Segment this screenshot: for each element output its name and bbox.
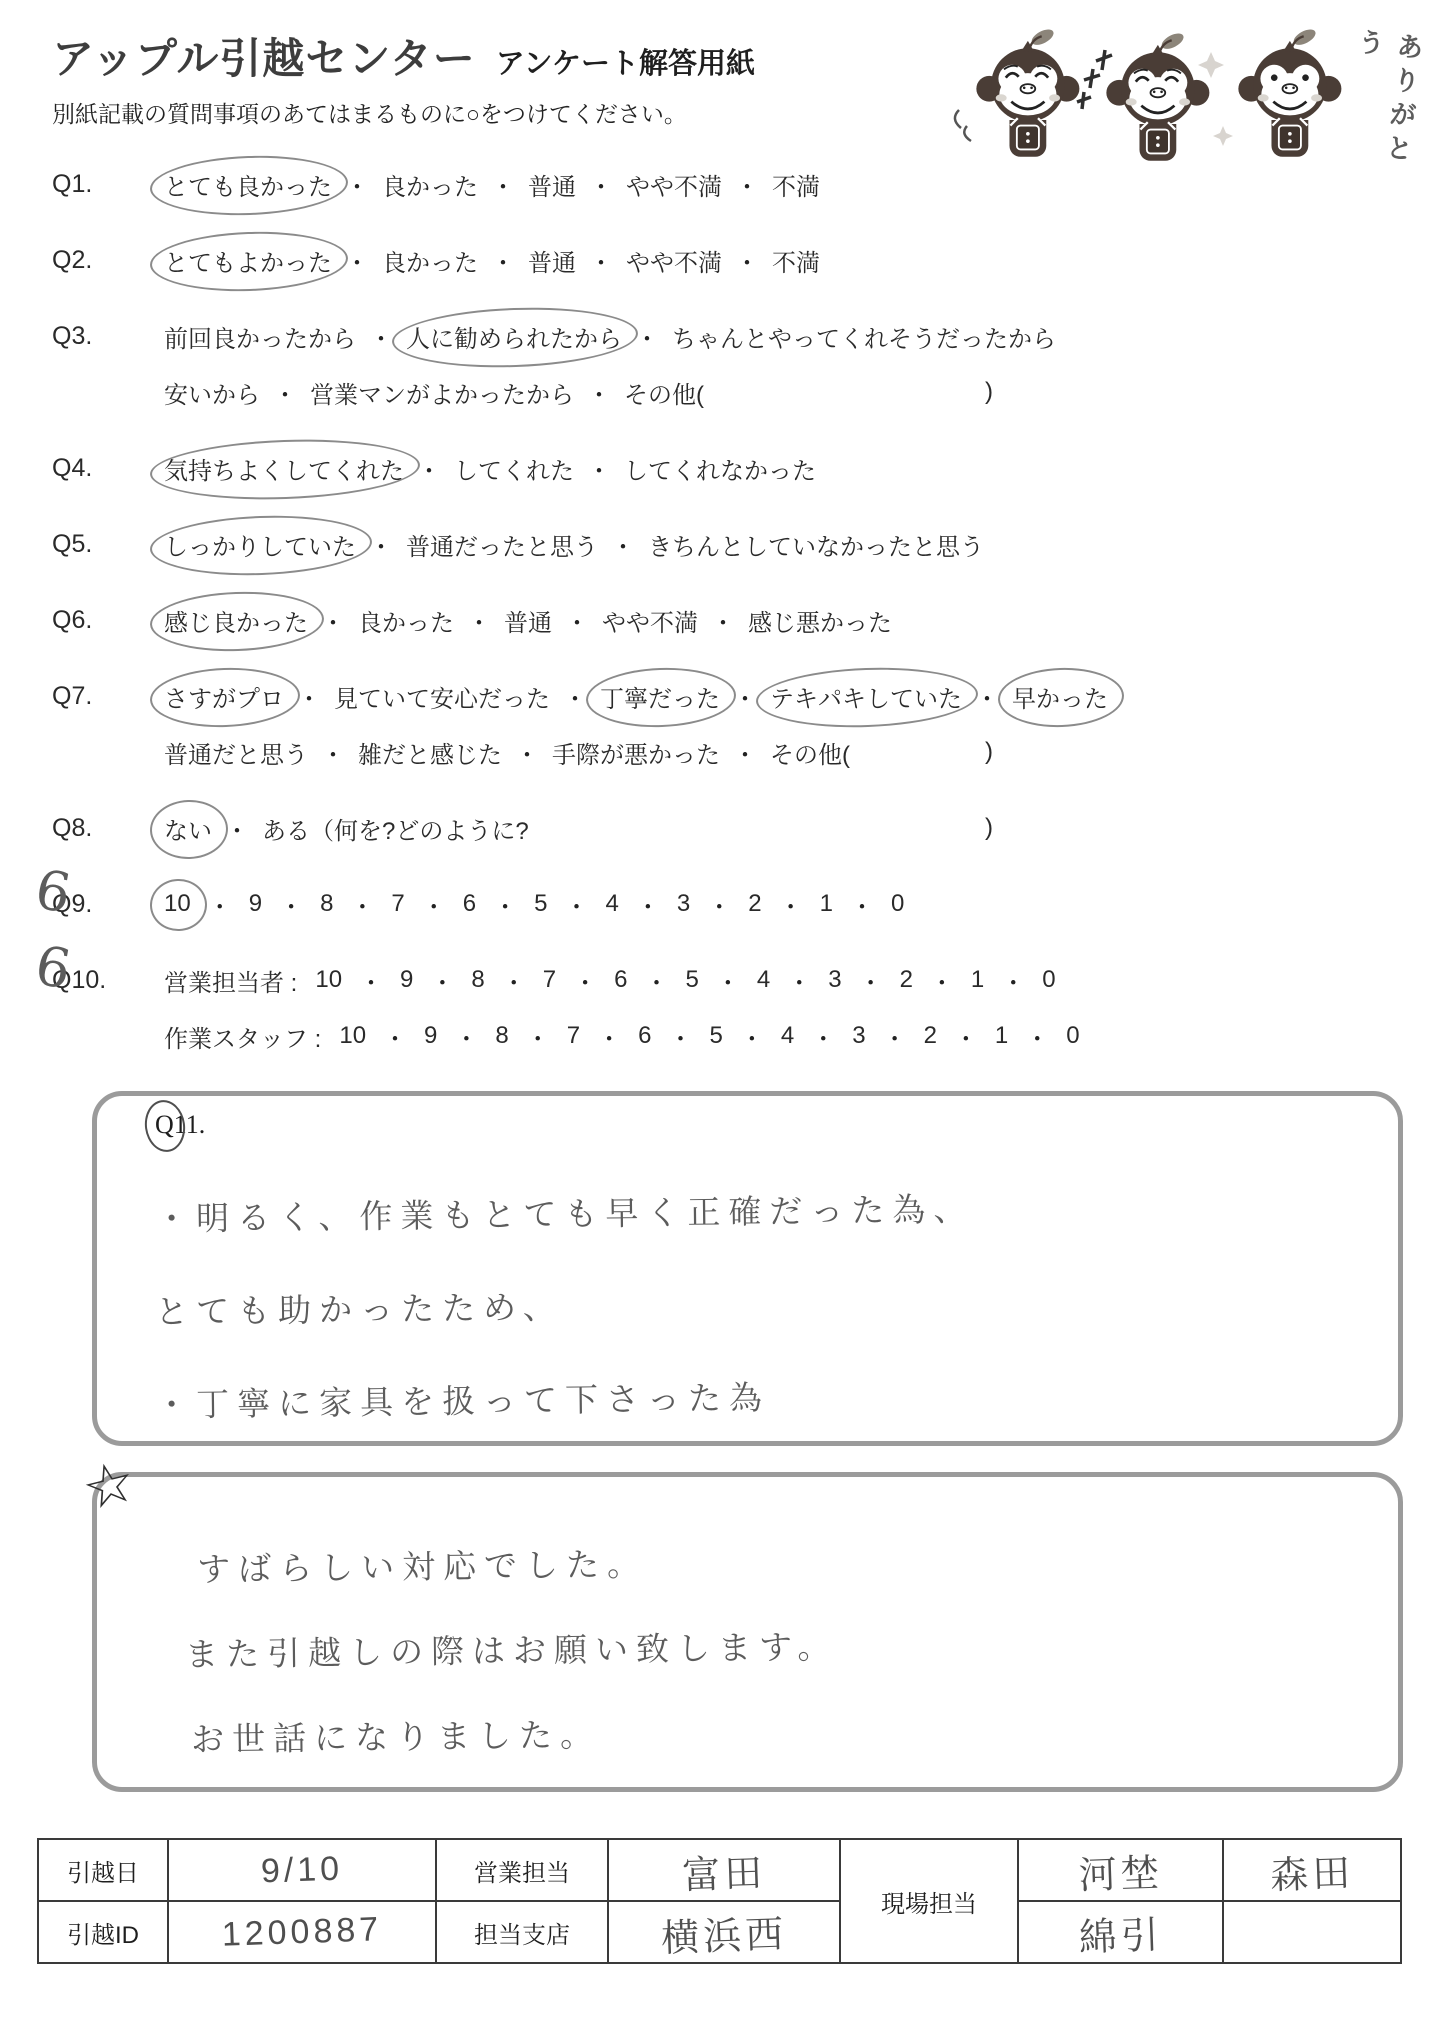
table-row: 引越ID 1200887 担当支店 横浜西 綿引 bbox=[38, 1901, 1401, 1963]
option[interactable]: 0 bbox=[1066, 1022, 1079, 1050]
option-separator: ・ bbox=[345, 167, 369, 202]
label-move-id: 引越ID bbox=[38, 1901, 168, 1963]
question-row: Q2.とてもよかった・良かった・普通・やや不満・不満 bbox=[52, 239, 1433, 281]
option[interactable]: 0 bbox=[1042, 966, 1055, 994]
option-separator: ・ bbox=[587, 451, 611, 486]
option-separator: ・ bbox=[430, 963, 454, 998]
option-separator: ・ bbox=[587, 375, 611, 410]
option-separator: ・ bbox=[350, 887, 374, 922]
label-site-staff: 現場担当 bbox=[840, 1839, 1018, 1963]
option-separator: ・ bbox=[467, 603, 491, 638]
question-id: Q10.6 bbox=[52, 966, 164, 995]
close-paren: ) bbox=[985, 814, 993, 842]
option[interactable]: ある（何を?どのように? bbox=[262, 811, 529, 846]
q11-comment-box[interactable]: Q11. ・明るく、作業もとても早く正確だった為、 とても助かったため、 ・丁寧… bbox=[92, 1091, 1403, 1446]
option[interactable]: 7 bbox=[543, 966, 556, 994]
option-selected[interactable]: 早かった bbox=[1012, 679, 1108, 714]
question-id: Q3. bbox=[52, 322, 164, 351]
option-selected[interactable]: 10 bbox=[164, 890, 191, 918]
question-id: Q9.6 bbox=[52, 890, 164, 919]
option[interactable]: 良かった bbox=[382, 243, 478, 278]
option-separator: ・ bbox=[597, 1019, 621, 1054]
option[interactable]: 8 bbox=[495, 1022, 508, 1050]
question-row: Q10.6営業担当者 :10・9・8・7・6・5・4・3・2・1・0 bbox=[52, 959, 1433, 1001]
option-selected[interactable]: とても良かった bbox=[164, 167, 332, 202]
option[interactable]: ちゃんとやってくれそうだったから bbox=[672, 319, 1056, 354]
option[interactable]: 普通 bbox=[504, 603, 552, 638]
star-mark: ☆ bbox=[77, 1452, 141, 1521]
option[interactable]: 4 bbox=[781, 1022, 794, 1050]
option[interactable]: 見ていて安心だった bbox=[334, 679, 550, 714]
field-branch[interactable]: 横浜西 bbox=[607, 1897, 841, 1967]
option-selected[interactable]: とてもよかった bbox=[164, 243, 332, 278]
option-separator: ・ bbox=[811, 1019, 835, 1054]
option[interactable]: 7 bbox=[391, 890, 404, 918]
option[interactable]: 9 bbox=[424, 1022, 437, 1050]
option-selected[interactable]: テキパキしていた bbox=[770, 679, 962, 714]
question-q1: Q1.とても良かった・良かった・普通・やや不満・不満 bbox=[52, 163, 1433, 205]
question-row: Q6.感じ良かった・良かった・普通・やや不満・感じ悪かった bbox=[52, 599, 1433, 641]
option[interactable]: やや不満 bbox=[626, 167, 722, 202]
question-row: 作業スタッフ :10・9・8・7・6・5・4・3・2・1・0 bbox=[52, 1015, 1433, 1057]
label-branch: 担当支店 bbox=[436, 1901, 608, 1963]
footer-table: 引越日 9/10 営業担当 富田 現場担当 河埜 森田 引越ID 1200887… bbox=[37, 1838, 1402, 1964]
option[interactable]: 普通 bbox=[528, 167, 576, 202]
table-row: 引越日 9/10 営業担当 富田 現場担当 河埜 森田 bbox=[38, 1839, 1401, 1901]
option[interactable]: してくれた bbox=[454, 451, 574, 486]
option-separator: ・ bbox=[930, 963, 954, 998]
question-id: Q5. bbox=[52, 530, 164, 559]
option[interactable]: 10 bbox=[315, 966, 342, 994]
question-row: Q8.ない・ある（何を?どのように?) bbox=[52, 807, 1433, 849]
option-separator: ・ bbox=[636, 887, 660, 922]
handwritten-comment-line: とても助かったため、 bbox=[155, 1272, 1368, 1334]
question-id: Q6. bbox=[52, 606, 164, 635]
option-separator: ・ bbox=[273, 375, 297, 410]
option[interactable]: 6 bbox=[638, 1022, 651, 1050]
question-q6: Q6.感じ良かった・良かった・普通・やや不満・感じ悪かった bbox=[52, 599, 1433, 641]
option[interactable]: きちんとしていなかったと思う bbox=[648, 527, 984, 562]
option-separator: ・ bbox=[493, 887, 517, 922]
question-row: Q3.前回良かったから・人に勧められたから・ちゃんとやってくれそうだったから bbox=[52, 315, 1433, 357]
option[interactable]: 2 bbox=[900, 966, 913, 994]
option-separator: ・ bbox=[573, 963, 597, 998]
questions: Q1.とても良かった・良かった・普通・やや不満・不満Q2.とてもよかった・良かっ… bbox=[52, 163, 1433, 1057]
option[interactable]: やや不満 bbox=[626, 243, 722, 278]
option-separator: ・ bbox=[422, 887, 446, 922]
q11-label: Q11. bbox=[155, 1110, 205, 1140]
option[interactable]: 6 bbox=[463, 890, 476, 918]
option-separator: ・ bbox=[345, 243, 369, 278]
question-q10: Q10.6営業担当者 :10・9・8・7・6・5・4・3・2・1・0作業スタッフ… bbox=[52, 959, 1433, 1057]
question-q5: Q5.しっかりしていた・普通だったと思う・きちんとしていなかったと思う bbox=[52, 523, 1433, 565]
question-q4: Q4.気持ちよくしてくれた・してくれた・してくれなかった bbox=[52, 447, 1433, 489]
option-separator: ・ bbox=[491, 167, 515, 202]
option-separator: ・ bbox=[711, 603, 735, 638]
survey-sheet: アップル引越センター アンケート解答用紙 別紙記載の質問事項のあてはまるものに○… bbox=[0, 0, 1433, 2023]
option-separator: ・ bbox=[589, 167, 613, 202]
option[interactable]: その他( bbox=[770, 735, 850, 770]
option-separator: ・ bbox=[279, 887, 303, 922]
option-separator: ・ bbox=[515, 735, 539, 770]
option-separator: ・ bbox=[359, 963, 383, 998]
option[interactable]: やや不満 bbox=[602, 603, 698, 638]
option-separator: ・ bbox=[208, 887, 232, 922]
free-comment-box[interactable]: ☆ すばらしい対応でした。 また引越しの際はお願い致します。 お世話になりました… bbox=[92, 1472, 1403, 1792]
option-separator: ・ bbox=[733, 679, 757, 714]
option[interactable]: 普通 bbox=[528, 243, 576, 278]
option-separator: ・ bbox=[321, 735, 345, 770]
option-selected[interactable]: 気持ちよくしてくれた bbox=[164, 451, 404, 486]
option-selected[interactable]: 丁寧だった bbox=[600, 679, 720, 714]
option-separator: ・ bbox=[850, 887, 874, 922]
option[interactable]: 0 bbox=[891, 890, 904, 918]
option-separator: ・ bbox=[565, 887, 589, 922]
option-separator: ・ bbox=[1025, 1019, 1049, 1054]
handwritten-mark: 6 bbox=[31, 857, 76, 925]
option-separator: ・ bbox=[321, 603, 345, 638]
question-row: 安いから・営業マンがよかったから・その他() bbox=[52, 371, 1433, 413]
close-paren: ) bbox=[985, 738, 993, 766]
option[interactable]: 安いから bbox=[164, 375, 260, 410]
option[interactable]: 普通だと思う bbox=[164, 735, 308, 770]
handwritten-comment-line: すばらしい対応でした。 bbox=[155, 1530, 1368, 1592]
option[interactable]: その他( bbox=[624, 375, 704, 410]
option-separator: ・ bbox=[668, 1019, 692, 1054]
question-row: Q7.さすがプロ・見ていて安心だった・丁寧だった・テキパキしていた・早かった bbox=[52, 675, 1433, 717]
option[interactable]: 不満 bbox=[772, 167, 820, 202]
option-separator: ・ bbox=[563, 679, 587, 714]
option[interactable]: 感じ悪かった bbox=[748, 603, 892, 638]
question-id: Q7. bbox=[52, 682, 164, 711]
option[interactable]: 雑だと感じた bbox=[358, 735, 502, 770]
option[interactable]: 手際が悪かった bbox=[552, 735, 720, 770]
question-id: Q1. bbox=[52, 170, 164, 199]
option[interactable]: 不満 bbox=[772, 243, 820, 278]
field-site-staff-4[interactable] bbox=[1222, 1898, 1402, 1966]
option[interactable]: 普通だったと思う bbox=[406, 527, 598, 562]
question-row: Q9.610・9・8・7・6・5・4・3・2・1・0 bbox=[52, 883, 1433, 925]
option-group-label: 営業担当者 : bbox=[164, 963, 297, 998]
option-selected[interactable]: しっかりしていた bbox=[164, 527, 356, 562]
option[interactable]: 3 bbox=[828, 966, 841, 994]
option[interactable]: してくれなかった bbox=[624, 451, 816, 486]
option-separator: ・ bbox=[491, 243, 515, 278]
option[interactable]: 1 bbox=[820, 890, 833, 918]
option-separator: ・ bbox=[526, 1019, 550, 1054]
field-move-id[interactable]: 1200887 bbox=[167, 1896, 437, 1967]
option[interactable]: 1 bbox=[971, 966, 984, 994]
label-sales-rep: 営業担当 bbox=[436, 1839, 608, 1901]
option-separator: ・ bbox=[383, 1019, 407, 1054]
option-separator: ・ bbox=[369, 319, 393, 354]
option-separator: ・ bbox=[297, 679, 321, 714]
field-sales-rep[interactable]: 富田 bbox=[607, 1835, 841, 1905]
form-title: アンケート解答用紙 bbox=[496, 41, 755, 82]
label-move-date: 引越日 bbox=[38, 1839, 168, 1901]
option[interactable]: 5 bbox=[534, 890, 547, 918]
question-row: Q5.しっかりしていた・普通だったと思う・きちんとしていなかったと思う bbox=[52, 523, 1433, 565]
option-selected[interactable]: ない bbox=[164, 811, 212, 846]
option-separator: ・ bbox=[740, 1019, 764, 1054]
option-separator: ・ bbox=[735, 167, 759, 202]
option[interactable]: 2 bbox=[748, 890, 761, 918]
option-separator: ・ bbox=[883, 1019, 907, 1054]
question-q3: Q3.前回良かったから・人に勧められたから・ちゃんとやってくれそうだったから安い… bbox=[52, 315, 1433, 413]
brand-title: アップル引越センター bbox=[52, 26, 476, 86]
option-separator: ・ bbox=[225, 811, 249, 846]
question-id: Q8. bbox=[52, 814, 164, 843]
sparkle-icon bbox=[1077, 50, 1112, 109]
option-separator: ・ bbox=[779, 887, 803, 922]
option-separator: ・ bbox=[454, 1019, 478, 1054]
option[interactable]: 5 bbox=[709, 1022, 722, 1050]
field-move-date[interactable]: 9/10 bbox=[167, 1834, 437, 1905]
option[interactable]: 9 bbox=[249, 890, 262, 918]
option[interactable]: 3 bbox=[677, 890, 690, 918]
option-selected[interactable]: さすがプロ bbox=[164, 679, 284, 714]
option-separator: ・ bbox=[417, 451, 441, 486]
option-separator: ・ bbox=[735, 243, 759, 278]
option-separator: ・ bbox=[716, 963, 740, 998]
option[interactable]: 5 bbox=[685, 966, 698, 994]
option[interactable]: 7 bbox=[567, 1022, 580, 1050]
option-separator: ・ bbox=[733, 735, 757, 770]
handwritten-comment-line: ・丁寧に家具を扱って下さった為 bbox=[155, 1365, 1368, 1427]
handwritten-comment-line: また引越しの際はお願い致します。 bbox=[155, 1615, 1368, 1677]
question-q2: Q2.とてもよかった・良かった・普通・やや不満・不満 bbox=[52, 239, 1433, 281]
option-separator: ・ bbox=[611, 527, 635, 562]
option-separator: ・ bbox=[787, 963, 811, 998]
option-selected[interactable]: 感じ良かった bbox=[164, 603, 308, 638]
option[interactable]: 6 bbox=[614, 966, 627, 994]
option[interactable]: 1 bbox=[995, 1022, 1008, 1050]
option[interactable]: 営業マンがよかったから bbox=[310, 375, 574, 410]
handwritten-comment-line: お世話になりました。 bbox=[155, 1700, 1368, 1762]
close-paren: ) bbox=[985, 378, 993, 406]
question-row: Q4.気持ちよくしてくれた・してくれた・してくれなかった bbox=[52, 447, 1433, 489]
option-separator: ・ bbox=[635, 319, 659, 354]
option-separator: ・ bbox=[859, 963, 883, 998]
option-separator: ・ bbox=[975, 679, 999, 714]
option[interactable]: 2 bbox=[924, 1022, 937, 1050]
handwritten-comment-line: ・明るく、作業もとても早く正確だった為、 bbox=[155, 1179, 1368, 1241]
option-separator: ・ bbox=[707, 887, 731, 922]
question-row: 普通だと思う・雑だと感じた・手際が悪かった・その他() bbox=[52, 731, 1433, 773]
option[interactable]: 8 bbox=[320, 890, 333, 918]
option-separator: ・ bbox=[644, 963, 668, 998]
option[interactable]: 良かった bbox=[382, 167, 478, 202]
question-id: Q2. bbox=[52, 246, 164, 275]
option[interactable]: 前回良かったから bbox=[164, 319, 356, 354]
option-separator: ・ bbox=[502, 963, 526, 998]
question-q9: Q9.610・9・8・7・6・5・4・3・2・1・0 bbox=[52, 883, 1433, 925]
question-q7: Q7.さすがプロ・見ていて安心だった・丁寧だった・テキパキしていた・早かった普通… bbox=[52, 675, 1433, 773]
option-selected[interactable]: 人に勧められたから bbox=[406, 319, 622, 354]
option-separator: ・ bbox=[565, 603, 589, 638]
option-group-label: 作業スタッフ : bbox=[164, 1019, 321, 1054]
question-q8: Q8.ない・ある（何を?どのように?) bbox=[52, 807, 1433, 849]
option-separator: ・ bbox=[1001, 963, 1025, 998]
option-separator: ・ bbox=[589, 243, 613, 278]
option[interactable]: 3 bbox=[852, 1022, 865, 1050]
handwritten-mark: 6 bbox=[31, 933, 76, 1001]
field-site-staff-3[interactable]: 綿引 bbox=[1017, 1897, 1224, 1966]
field-site-staff-1[interactable]: 河埜 bbox=[1017, 1835, 1224, 1904]
question-row: Q1.とても良かった・良かった・普通・やや不満・不満 bbox=[52, 163, 1433, 205]
field-site-staff-2[interactable]: 森田 bbox=[1222, 1836, 1402, 1904]
option[interactable]: 9 bbox=[400, 966, 413, 994]
option[interactable]: 10 bbox=[339, 1022, 366, 1050]
option[interactable]: 4 bbox=[757, 966, 770, 994]
motion-lines-icon bbox=[955, 110, 971, 141]
option-separator: ・ bbox=[954, 1019, 978, 1054]
option[interactable]: 8 bbox=[471, 966, 484, 994]
option-separator: ・ bbox=[369, 527, 393, 562]
option[interactable]: 良かった bbox=[358, 603, 454, 638]
question-id: Q4. bbox=[52, 454, 164, 483]
option[interactable]: 4 bbox=[606, 890, 619, 918]
